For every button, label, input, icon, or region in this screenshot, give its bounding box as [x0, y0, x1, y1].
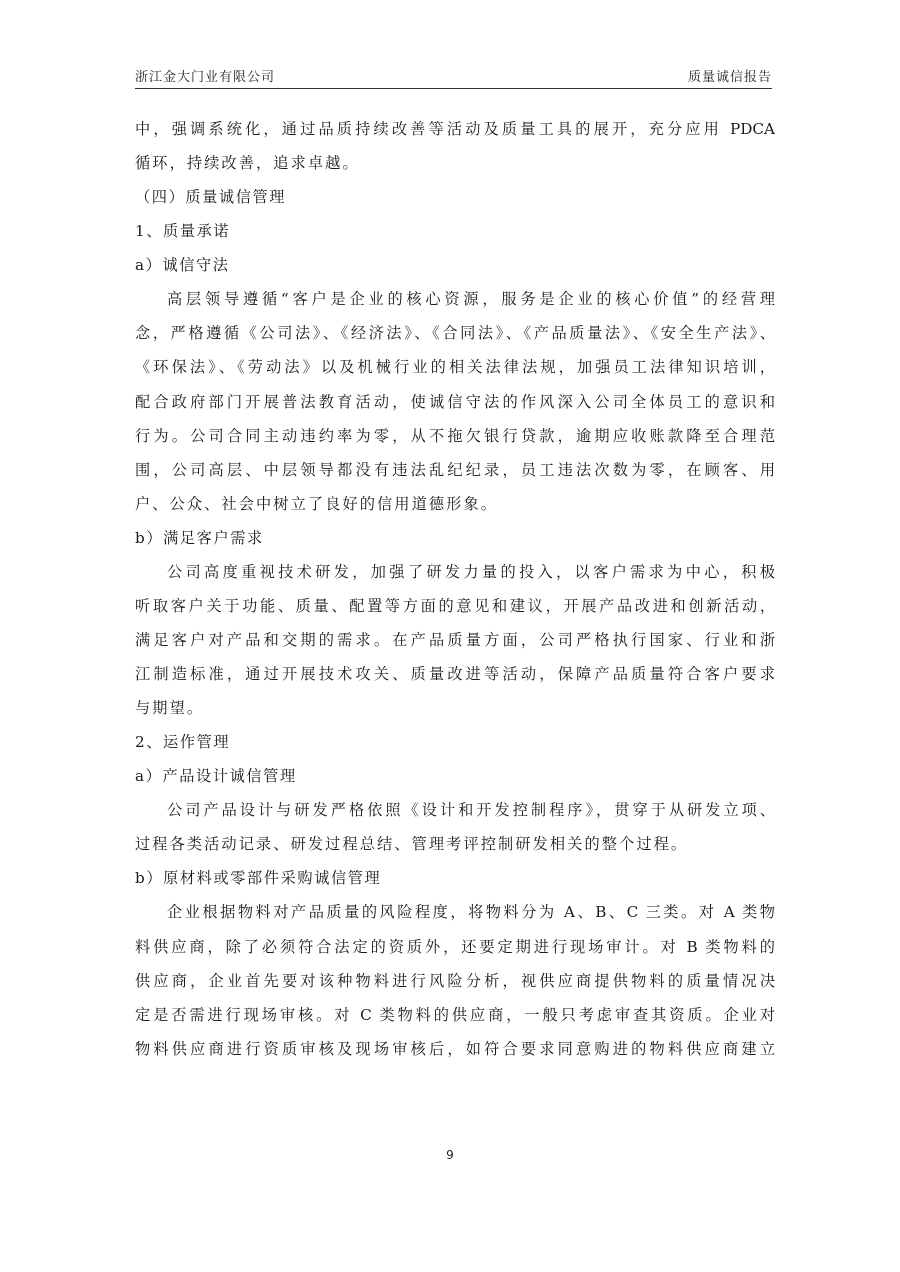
paragraph-line: 与期望。 [135, 691, 775, 725]
paragraph-line: 听取客户关于功能、质量、配置等方面的意见和建议，开展产品改进和创新活动， [135, 589, 775, 623]
paragraph-line: 配合政府部门开展普法教育活动，使诚信守法的作风深入公司全体员工的意识和 [135, 385, 775, 419]
paragraph-line: 户、公众、社会中树立了良好的信用道德形象。 [135, 487, 775, 521]
header-company-name: 浙江金大门业有限公司 [135, 66, 275, 85]
section-heading: 1、质量承诺 [135, 214, 775, 248]
page-header: 浙江金大门业有限公司 质量诚信报告 [135, 64, 772, 89]
paragraph-line: 《环保法》、《劳动法》以及机械行业的相关法律法规，加强员工法律知识培训， [135, 350, 775, 384]
section-heading: a）产品设计诚信管理 [135, 759, 775, 793]
paragraph-line: 江制造标准，通过开展技术攻关、质量改进等活动，保障产品质量符合客户要求 [135, 657, 775, 691]
paragraph-line: 供应商，企业首先要对该种物料进行风险分析，视供应商提供物料的质量情况决 [135, 964, 775, 998]
paragraph-line: 料供应商，除了必须符合法定的资质外，还要定期进行现场审计。对 B 类物料的 [135, 930, 775, 964]
paragraph-line: 中，强调系统化，通过品质持续改善等活动及质量工具的展开，充分应用 PDCA [135, 112, 775, 146]
paragraph-line: 公司高度重视技术研发，加强了研发力量的投入，以客户需求为中心，积极 [135, 555, 775, 589]
page-number: 9 [0, 1148, 900, 1162]
paragraph-line: 行为。公司合同主动违约率为零，从不拖欠银行贷款，逾期应收账款降至合理范 [135, 419, 775, 453]
section-heading: a）诚信守法 [135, 248, 775, 282]
paragraph-line: 满足客户对产品和交期的需求。在产品质量方面，公司严格执行国家、行业和浙 [135, 623, 775, 657]
paragraph-line: 围，公司高层、中层领导都没有违法乱纪纪录，员工违法次数为零，在顾客、用 [135, 453, 775, 487]
paragraph-line: 高层领导遵循“客户是企业的核心资源，服务是企业的核心价值”的经营理 [135, 282, 775, 316]
paragraph-line: 念，严格遵循《公司法》、《经济法》、《合同法》、《产品质量法》、《安全生产法》、 [135, 316, 775, 350]
section-heading: b）原材料或零部件采购诚信管理 [135, 861, 775, 895]
document-body: 中，强调系统化，通过品质持续改善等活动及质量工具的展开，充分应用 PDCA循环，… [135, 112, 775, 1066]
paragraph-line: 物料供应商进行资质审核及现场审核后，如符合要求同意购进的物料供应商建立 [135, 1032, 775, 1066]
section-heading: 2、运作管理 [135, 725, 775, 759]
header-report-title: 质量诚信报告 [688, 66, 772, 85]
paragraph-line: 过程各类活动记录、研发过程总结、管理考评控制研发相关的整个过程。 [135, 827, 775, 861]
paragraph-line: 循环，持续改善，追求卓越。 [135, 146, 775, 180]
section-heading: （四）质量诚信管理 [135, 180, 775, 214]
paragraph-line: 定是否需进行现场审核。对 C 类物料的供应商，一般只考虑审查其资质。企业对 [135, 998, 775, 1032]
paragraph-line: 公司产品设计与研发严格依照《设计和开发控制程序》，贯穿于从研发立项、 [135, 793, 775, 827]
paragraph-line: 企业根据物料对产品质量的风险程度，将物料分为 A、B、C 三类。对 A 类物 [135, 895, 775, 929]
section-heading: b）满足客户需求 [135, 521, 775, 555]
